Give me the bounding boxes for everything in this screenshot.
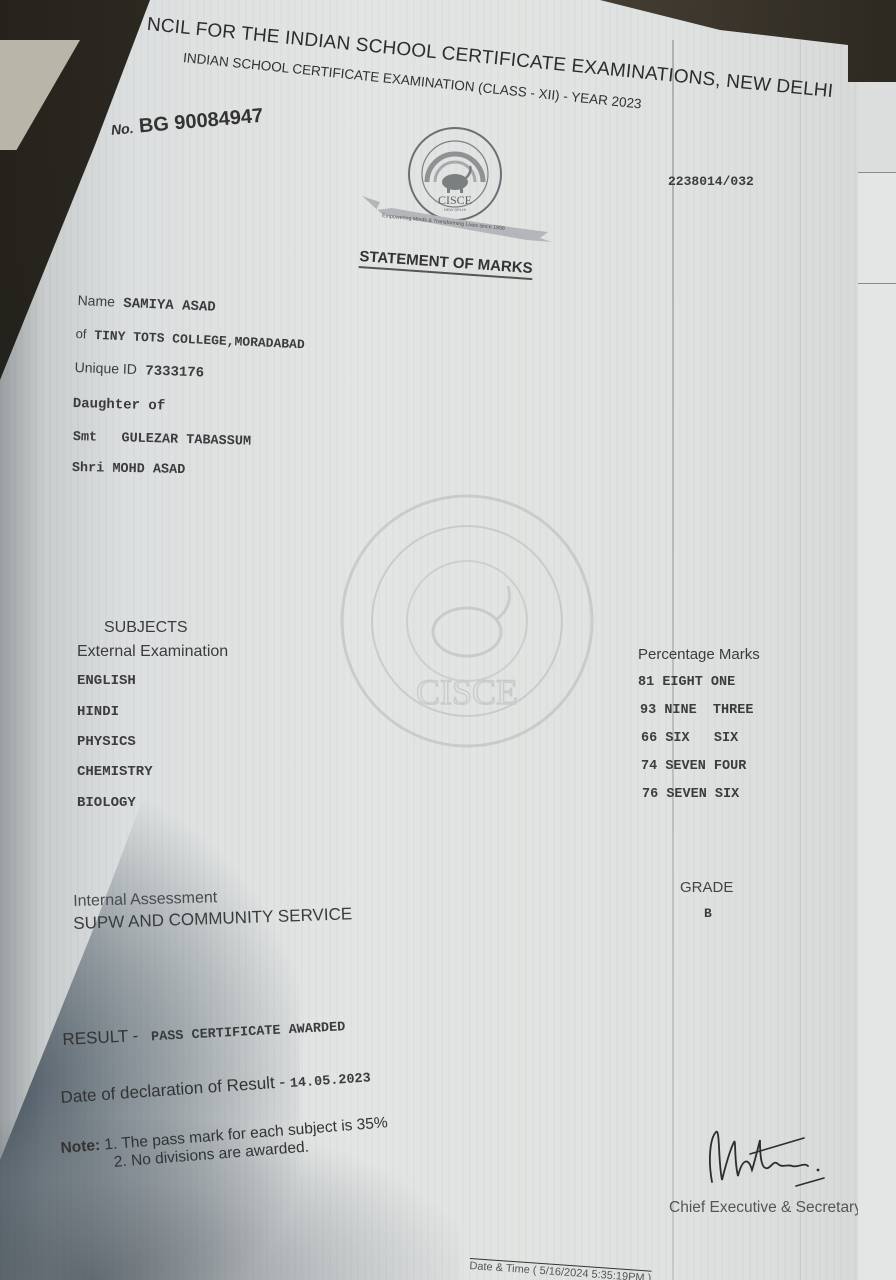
school-row: of TINY TOTS COLLEGE,MORADABAD xyxy=(75,326,305,352)
marks-number: 66 xyxy=(641,731,657,746)
subject-name: HINDI xyxy=(77,704,119,720)
marks-words: SEVEN FOUR xyxy=(665,759,746,774)
certificate-number-prefix: No. xyxy=(110,120,134,138)
subject-name: ENGLISH xyxy=(77,673,136,689)
certificate-number: No. BG 90084947 xyxy=(110,105,264,141)
note-label: Note: xyxy=(60,1137,101,1157)
external-exam-heading: External Examination xyxy=(77,643,228,661)
reference-number: 2238014/032 xyxy=(668,174,754,189)
subject-marks: 81 EIGHT ONE xyxy=(638,675,735,690)
school-label: of xyxy=(75,326,87,341)
father-label: Shri xyxy=(72,461,105,477)
father-row: Shri MOHD ASAD xyxy=(72,461,186,478)
subject-name: PHYSICS xyxy=(77,734,136,750)
document-title: STATEMENT OF MARKS xyxy=(359,248,534,280)
svg-text:Empowering Minds & Transformin: Empowering Minds & Transforming Lives si… xyxy=(382,213,505,232)
unique-id-value: 7333176 xyxy=(145,363,204,381)
marks-words: SEVEN SIX xyxy=(666,787,739,802)
logo-ribbon: Empowering Minds & Transforming Lives si… xyxy=(362,190,552,242)
father-name: MOHD ASAD xyxy=(112,462,185,478)
marksheet-paper: NCIL FOR THE INDIAN SCHOOL CERTIFICATE E… xyxy=(0,0,896,1280)
grade-heading: GRADE xyxy=(680,879,733,896)
marks-words: NINE THREE xyxy=(664,703,753,718)
back-sheet xyxy=(858,172,896,1280)
subject-marks: 66 SIX SIX xyxy=(641,731,738,746)
cisce-watermark-icon: CISCE xyxy=(338,492,596,750)
candidate-name: SAMIYA ASAD xyxy=(123,296,216,316)
print-timestamp: Date & Time ( 5/16/2024 5:35:19PM ) xyxy=(469,1258,652,1280)
candidate-name-row: Name SAMIYA ASAD xyxy=(77,292,216,316)
subject-name: CHEMISTRY xyxy=(77,764,153,780)
mother-name: GULEZAR TABASSUM xyxy=(121,431,251,449)
declaration-date: 14.05.2023 xyxy=(289,1071,371,1092)
marks-words: EIGHT ONE xyxy=(662,675,735,690)
grade-value: B xyxy=(704,906,712,921)
signatory-title: Chief Executive & Secretary xyxy=(669,1199,862,1217)
mother-label: Smt xyxy=(73,430,98,446)
marks-words: SIX SIX xyxy=(665,731,738,746)
paper-fold-line xyxy=(800,40,801,1280)
result-label: RESULT - xyxy=(62,1026,139,1049)
subjects-heading: SUBJECTS xyxy=(104,619,188,637)
svg-text:CISCE: CISCE xyxy=(416,672,518,712)
subject-marks: 76 SEVEN SIX xyxy=(642,787,739,802)
name-label: Name xyxy=(77,292,115,310)
relation-label: Daughter of xyxy=(73,396,166,414)
subject-name: BIOLOGY xyxy=(77,795,136,811)
subject-marks: 74 SEVEN FOUR xyxy=(641,759,746,774)
unique-id-row: Unique ID 7333176 xyxy=(74,359,204,382)
marks-number: 76 xyxy=(642,787,658,802)
marks-number: 93 xyxy=(640,703,656,718)
percentage-marks-heading: Percentage Marks xyxy=(638,646,760,663)
internal-assessment-heading: Internal Assessment xyxy=(73,889,217,911)
certificate-number-value: BG 90084947 xyxy=(138,105,264,138)
mother-row: Smt GULEZAR TABASSUM xyxy=(73,430,252,450)
marks-number: 74 xyxy=(641,759,657,774)
unique-id-label: Unique ID xyxy=(74,359,137,377)
school-name: TINY TOTS COLLEGE,MORADABAD xyxy=(94,328,305,353)
signature-icon xyxy=(700,1120,840,1195)
subject-marks: 93 NINE THREE xyxy=(640,703,753,718)
marks-number: 81 xyxy=(638,675,654,690)
